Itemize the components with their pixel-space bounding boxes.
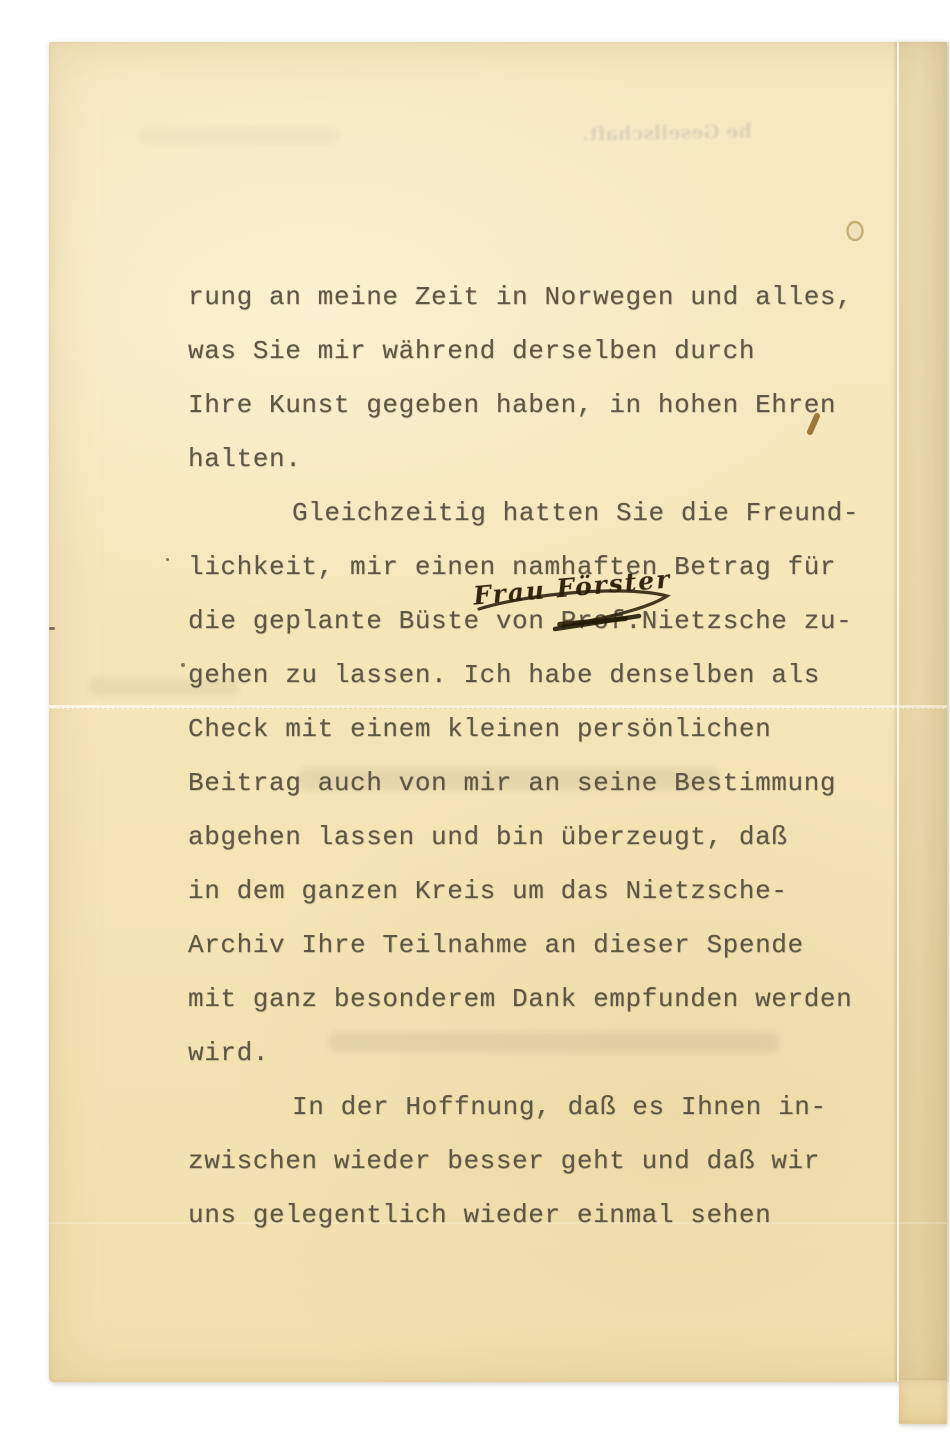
letter-line: Beitrag auch von mir an seine Bestimmung (188, 756, 888, 810)
line-text-before-strike: die geplante Büste von (188, 606, 561, 636)
letter-body: rung an meine Zeit in Norwegen und alles… (188, 270, 888, 1242)
paper-edge-speck (49, 627, 55, 630)
letter-paper-sheet: he Gesellschaft. rung an meine Zeit in N… (49, 42, 947, 1382)
letter-line: Check mit einem kleinen persönlichen (188, 702, 888, 756)
bleedthrough-text: he Gesellschaft. (582, 121, 752, 146)
letter-line: rung an meine Zeit in Norwegen und alles… (188, 270, 888, 324)
letter-line: Archiv Ihre Teilnahme an dieser Spende (188, 918, 888, 972)
letter-line: in dem ganzen Kreis um das Nietzsche- (188, 864, 888, 918)
letter-line: uns gelegentlich wieder einmal sehen (188, 1188, 888, 1242)
letter-line: mit ganz besonderem Dank empfunden werde… (188, 972, 888, 1026)
ring-stain (848, 222, 863, 240)
letter-line: abgehen lassen und bin überzeugt, daß (188, 810, 888, 864)
letter-line: gehen zu lassen. Ich habe denselben als (188, 648, 888, 702)
scanned-letter-page: he Gesellschaft. rung an meine Zeit in N… (0, 0, 950, 1435)
letter-line: was Sie mir während derselben durch (188, 324, 888, 378)
letter-line: Ihre Kunst gegeben haben, in hohen Ehren (188, 378, 888, 432)
letter-line: halten. (188, 432, 888, 486)
vertical-fold-crease (897, 42, 949, 1382)
line-text-after-strike: .Nietzsche zu- (625, 606, 852, 636)
letter-line-paragraph-start: Gleichzeitig hatten Sie die Freund- (188, 486, 888, 540)
ink-bleed-smudge (139, 128, 339, 144)
folded-edge-tab (899, 1380, 947, 1425)
stray-ink-dot (181, 663, 185, 667)
letter-line-paragraph-start: In der Hoffnung, daß es Ihnen in- (188, 1080, 888, 1134)
letter-line: wird. (188, 1026, 888, 1080)
stray-ink-dot (166, 558, 169, 561)
letter-line: zwischen wieder besser geht und daß wir (188, 1134, 888, 1188)
